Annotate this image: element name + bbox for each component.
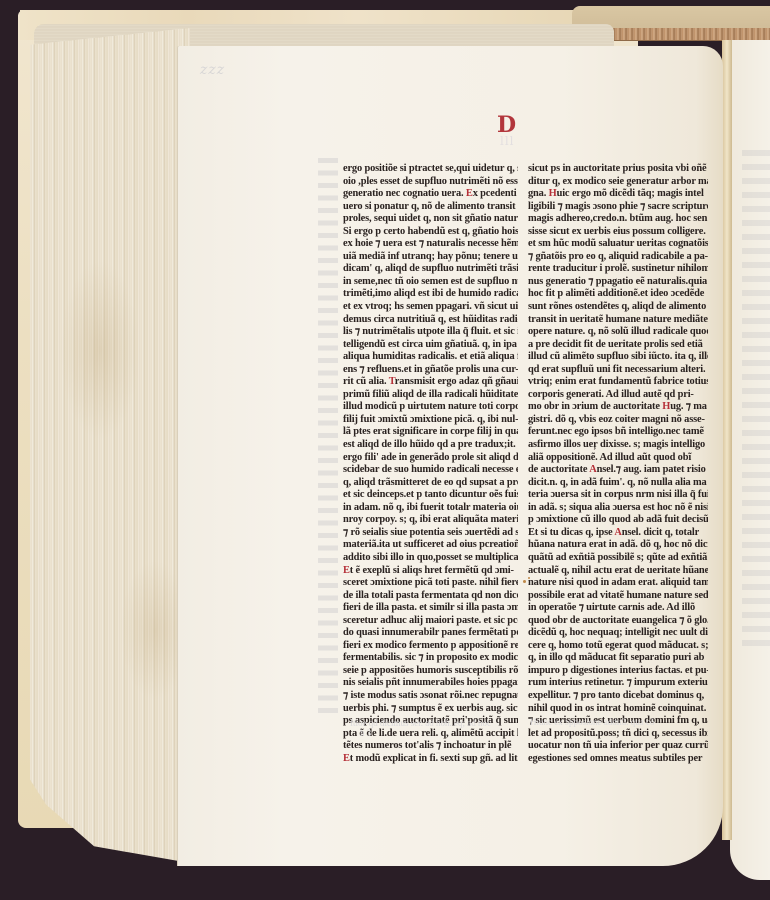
text-line: gna. Huic ergo mõ dicẽdi tãq; magis inte… (528, 188, 708, 201)
text-line: ⁊ iste modus satis ɔsonat rõi.nec repugn… (343, 690, 518, 703)
text-line: ergo fili' ade in generãdo prole sit ali… (343, 452, 518, 465)
text-line: egestiones sed omnes meatus subtiles per (528, 753, 708, 766)
rubricated-initial: H (549, 188, 557, 199)
text-line: aliã oppositionẽ. Ad illud aũt quod obĩ (528, 452, 708, 465)
text-line: lis ⁊ nutrimẽtalis utpote illa q̃ fluit.… (343, 326, 518, 339)
facing-page-bleed-through (742, 150, 770, 650)
bleed-line: h 3 (360, 728, 510, 738)
text-line: sisse sicut ex uerbis eius possum collig… (528, 226, 708, 239)
bleed-through-footer-left: ftiõe qd dicimus ser. ad hoh. eq; ad hoc… (350, 718, 510, 748)
text-line: transit in ueritatẽ humane nature mediãt… (528, 314, 708, 327)
text-line: nroy corpoy. s; q, ibi erat aliquãta mat… (343, 514, 518, 527)
text-line: nihil quod in os intrat hominẽ coinquina… (528, 703, 708, 716)
text-line: qd erat supfluũ uni fit necessarium alte… (528, 364, 708, 377)
rubricated-initial: E (343, 565, 350, 576)
text-line: de auctoritate Ansel.⁊ aug. iam patet ri… (528, 464, 708, 477)
text-line: sceret ɔmixtione picã toti paste. nihil … (343, 577, 518, 590)
text-line: corporis generati. Ad illud autẽ qd pri- (528, 389, 708, 402)
text-line: dicẽdũ q, hoc nequaq; intelligit nec uul… (528, 627, 708, 640)
text-line: rum interius retinetur. ⁊ impurum exteri… (528, 677, 708, 690)
rubricated-initial: E (466, 188, 473, 199)
text-line: filij fuit ɔmixtũ ɔmixtione picã. q, ibi… (343, 414, 518, 427)
text-line: primũ filiũ aliqd de illa radicali hũidi… (343, 389, 518, 402)
text-line: actualẽ q, nihil actu erat de ueritate h… (528, 565, 708, 578)
text-line: in operatõe ⁊ uirtute carnis ade. Ad ill… (528, 602, 708, 615)
page-stack-fore-edge[interactable] (30, 28, 190, 863)
text-line: et ex vtroq; hs semen ppagari. vñ sicut … (343, 301, 518, 314)
text-line: in adã. s; siqua alia ɔuersa est hoc nõ … (528, 502, 708, 515)
text-column-left: ergo positiõe si ptractet se,qui uidetur… (343, 163, 518, 765)
text-line: et sm hũc modũ saluatur ueritas cognatõi… (528, 238, 708, 251)
text-line: aliqua humiditas radicalis. et etiã aliq… (343, 351, 518, 364)
text-line: impuro p digestiones interius factas. et… (528, 665, 708, 678)
text-line: de illa totali pasta fermentata qd non d… (343, 590, 518, 603)
text-line: gistri. dõ q, vbis eoz coiter magni nõ a… (528, 414, 708, 427)
text-line: expellitur. ⁊ pro tanto dicebat dominus … (528, 690, 708, 703)
text-line: generatio nec cognatio uera. Ex pcedenti (343, 188, 518, 201)
text-line: illud cũ alimẽto supfluo sibi iũcto. ita… (528, 351, 708, 364)
foxing-speck (523, 580, 526, 583)
text-line: scidebar de suo humido radicali necesse … (343, 464, 518, 477)
text-line: a pre decidit fit de ueritate prolis sed… (528, 339, 708, 352)
foxing-stain (60, 260, 140, 440)
text-line: mo obr in ɔrium de auctoritate Hug. ⁊ ma (528, 401, 708, 414)
text-line: quod obr de auctoritate euangelica ⁊ õ g… (528, 615, 708, 628)
text-line: rente traducitur i prolẽ. sustinetur nih… (528, 263, 708, 276)
text-line: Et ẽ exeplũ si aliqs hret fermẽtũ qd ɔmi… (343, 565, 518, 578)
text-line: ex hoie ⁊ uera est ⁊ naturalis necesse h… (343, 238, 518, 251)
text-line: q, aliqd trãsmitteret de eo qd supsat a … (343, 477, 518, 490)
text-line: uero si ponatur q, nõ de alimento transi… (343, 201, 518, 214)
text-line: demus circa nutritiuã q, est hũiditas ra… (343, 314, 518, 327)
rubricated-initial: A (589, 464, 596, 475)
text-line: rit cũ alia. Transmisit ergo adaz qñ gña… (343, 376, 518, 389)
bleed-line: ftiõe qd dicimus ser. ad hoh. eq; ad hoc (350, 718, 510, 728)
folio-number-ghost: zzz (200, 62, 225, 78)
text-line: uerbis phi. ⁊ sumptus ẽ ex uerbis aug. s… (343, 703, 518, 716)
text-line: illud modicũ p uirtutem nature toti corp… (343, 401, 518, 414)
text-line: nis seialis pñt innumerabiles hoies ppag… (343, 677, 518, 690)
text-line: Et si tu dicas q, ipse Ansel. dicit q, t… (528, 527, 708, 540)
rubricated-initial: E (343, 753, 350, 764)
gutter (722, 40, 732, 840)
text-line: lã ptes erat significare in corpe filij … (343, 426, 518, 439)
text-line: fieri ex modico fermento p appositionẽ r… (343, 640, 518, 653)
text-line: opere nature. q, nõ solũ illud radicale … (528, 326, 708, 339)
text-line: asfirmo illos ueŗ dixisse. s; magis inte… (528, 439, 708, 452)
bleed-through-column (318, 158, 338, 718)
text-line: uiã mediã inf utranq; hay põnu; tenere u… (343, 251, 518, 264)
text-line: telligendũ est circa uim gñatiuã. q, in … (343, 339, 518, 352)
text-line: ⁊ rõ seialis siue potentia seis ɔuertẽdi… (343, 527, 518, 540)
rubricated-initial: T (389, 376, 395, 387)
text-line: nus generatio ⁊ ppagatio eẽ naturalis.qu… (528, 276, 708, 289)
rubricated-initial: A (614, 527, 621, 538)
text-line: cere q, homo totũ egerat quod mãducat. s… (528, 640, 708, 653)
text-line: vtriq; enim erat fundamentũ fabrice toti… (528, 376, 708, 389)
text-line: ferunt.nec ego ipsos bñ intelligo.nec ta… (528, 426, 708, 439)
bleed-line: Hiunc ex ɔpposione additũ. qua cõ (530, 717, 700, 727)
text-line: possibile erat ad vitatẽ humane nature s… (528, 590, 708, 603)
text-line: sunt rõnes ostendẽtes q, aliqd de alimen… (528, 301, 708, 314)
section-initial-bleed: lll (500, 134, 515, 148)
open-book: zzz D lll ergo positiõe si ptractet se,q… (0, 0, 770, 900)
text-line: seie p appositões humoris susceptibilis … (343, 665, 518, 678)
text-line: in seme,nec tñ oio semen est de supfluo … (343, 276, 518, 289)
text-line: teria ɔuersa sit in corpus nrm nisi illa… (528, 489, 708, 502)
text-line: materiã.ita ut sufficeret ad oius pcreat… (343, 539, 518, 552)
text-line: nature nisi quod in adam erat. aliquid t… (528, 577, 708, 590)
bleed-through-footer-right: Hiunc ex ɔpposione additũ. qua cõ (530, 717, 700, 747)
text-line: ⁊ gñatõis pro eo q, aliquid radicabile a… (528, 251, 708, 264)
text-line: sceretur adhuc alij maiori paste. et sic… (343, 615, 518, 628)
text-line: fermentabilis. sic ⁊ in proposito ex mod… (343, 652, 518, 665)
foxing-speck (528, 577, 530, 579)
text-line: et sic deinceps.et p tanto dicuntur oẽs … (343, 489, 518, 502)
text-line: ens ⁊ refluens.et in gñatõe prolis una c… (343, 364, 518, 377)
text-line: ditur q, ex modico seie generatur arbor … (528, 176, 708, 189)
text-line: trimẽti,imo aliqd est ibi de humido radi… (343, 288, 518, 301)
text-line: hoc fit p alimẽti additionẽ.et ideo ɔced… (528, 288, 708, 301)
text-line: Si ergo p certo habendũ est q, gñatio ho… (343, 226, 518, 239)
text-line: quãtũ ad exñtiã possibilẽ s; qũte ad exñ… (528, 552, 708, 565)
text-line: do quasi innumerabilr panes fermẽtati po… (343, 627, 518, 640)
text-line: addito sibi illo in quo,posset se multip… (343, 552, 518, 565)
text-line: fieri de illa pasta. et similr si illa p… (343, 602, 518, 615)
text-line: in adam. nõ q, ibi fuerit totalr materia… (343, 502, 518, 515)
text-line: ergo positiõe si ptractet se,qui uidetur… (343, 163, 518, 176)
text-line: oio ,ples esset de supfluo nutrimẽti nõ … (343, 176, 518, 189)
text-line: dicam' q, aliqd de supfluo nutrimẽti trã… (343, 263, 518, 276)
text-line: dicit.n. q, in adã fuim'. q, nõ nulla al… (528, 477, 708, 490)
text-column-right: sicut ps in auctoritate prius posita vbi… (528, 163, 708, 765)
rubricated-initial: H (662, 401, 670, 412)
text-line: sicut ps in auctoritate prius posita vbi… (528, 163, 708, 176)
text-line: est aliqd de illo hũido qd a pre tradux;… (343, 439, 518, 452)
text-line: q, in illo qd mãducat fit separatio puri… (528, 652, 708, 665)
text-line: proles, sequi uidet q, non sit gñatio na… (343, 213, 518, 226)
text-line: magis adhereo,credo.n. btũm aug. hoc sen (528, 213, 708, 226)
text-line: Et modũ explicat in fi. sexti sup gñ. ad… (343, 753, 518, 766)
text-line: ligibili ⁊ magis ɔsono phie ⁊ sacre scri… (528, 201, 708, 214)
text-line: hũana natura erat in adã. dõ q, hoc nõ d… (528, 539, 708, 552)
text-line: p ɔmixtione cũ illo quod ab adã fuit dec… (528, 514, 708, 527)
